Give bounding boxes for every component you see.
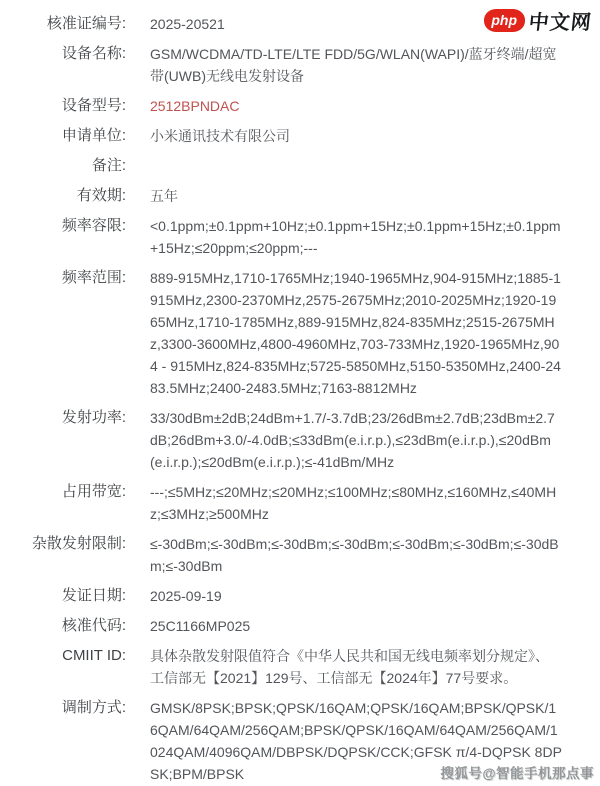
form-row-cmiit-id: CMIIT ID: 具体杂散发射限值符合《中华人民共和国无线电频率划分规定》、工… xyxy=(0,645,600,689)
form-row-remarks: 备注: xyxy=(0,155,600,177)
form-row-frequency-tolerance: 频率容限: <0.1ppm;±0.1ppm+10Hz;±0.1ppm+15Hz;… xyxy=(0,215,600,259)
field-value xyxy=(150,155,562,177)
form-row-issue-date: 发证日期: 2025-09-19 xyxy=(0,585,600,607)
field-value: 具体杂散发射限值符合《中华人民共和国无线电频率划分规定》、工信部无【2021】1… xyxy=(150,645,562,689)
field-value: 2512BPNDAC xyxy=(150,95,562,117)
field-label: 设备名称: xyxy=(0,43,126,65)
certificate-detail-form: 核准证编号: 2025-20521 设备名称: GSM/WCDMA/TD-LTE… xyxy=(0,0,600,785)
form-row-spurious-emission-limit: 杂散发射限制: ≤-30dBm;≤-30dBm;≤-30dBm;≤-30dBm;… xyxy=(0,533,600,577)
field-label: 频率容限: xyxy=(0,215,126,237)
site-watermark-label: 中文网 xyxy=(527,6,593,35)
form-row-transmit-power: 发射功率: 33/30dBm±2dB;24dBm+1.7/-3.7dB;23/2… xyxy=(0,407,600,473)
field-label: 发证日期: xyxy=(0,585,126,607)
field-label: 频率范围: xyxy=(0,267,126,289)
form-row-device-name: 设备名称: GSM/WCDMA/TD-LTE/LTE FDD/5G/WLAN(W… xyxy=(0,43,600,87)
field-label: 杂散发射限制: xyxy=(0,533,126,555)
field-value: 2025-09-19 xyxy=(150,585,562,607)
field-label: 核准证编号: xyxy=(0,13,126,35)
field-value: <0.1ppm;±0.1ppm+10Hz;±0.1ppm+15Hz;±0.1pp… xyxy=(150,215,562,259)
field-value: 小米通讯技术有限公司 xyxy=(150,125,562,147)
field-label: 占用带宽: xyxy=(0,481,126,503)
field-label: 设备型号: xyxy=(0,95,126,117)
form-row-frequency-range: 频率范围: 889-915MHz,1710-1765MHz;1940-1965M… xyxy=(0,267,600,399)
field-label: 备注: xyxy=(0,155,126,177)
field-label: 调制方式: xyxy=(0,697,126,719)
form-row-applicant: 申请单位: 小米通讯技术有限公司 xyxy=(0,125,600,147)
form-row-validity-period: 有效期: 五年 xyxy=(0,185,600,207)
site-watermark: php 中文网 xyxy=(484,6,592,35)
field-value: 五年 xyxy=(150,185,562,207)
field-label: 发射功率: xyxy=(0,407,126,429)
field-label: 核准代码: xyxy=(0,615,126,637)
php-logo-icon: php xyxy=(484,9,525,32)
field-value: 889-915MHz,1710-1765MHz;1940-1965MHz,904… xyxy=(150,267,562,399)
form-row-device-model: 设备型号: 2512BPNDAC xyxy=(0,95,600,117)
field-value: 33/30dBm±2dB;24dBm+1.7/-3.7dB;23/26dBm±2… xyxy=(150,407,562,473)
field-label: 有效期: xyxy=(0,185,126,207)
form-row-occupied-bandwidth: 占用带宽: ---;≤5MHz;≤20MHz;≤20MHz;≤100MHz;≤8… xyxy=(0,481,600,525)
field-value: GSM/WCDMA/TD-LTE/LTE FDD/5G/WLAN(WAPI)/蓝… xyxy=(150,43,562,87)
field-label: 申请单位: xyxy=(0,125,126,147)
field-label: CMIIT ID: xyxy=(0,645,126,667)
author-watermark: 搜狐号@智能手机那点事 xyxy=(440,762,594,782)
field-value: ---;≤5MHz;≤20MHz;≤20MHz;≤100MHz;≤80MHz,≤… xyxy=(150,481,562,525)
field-value: 25C1166MP025 xyxy=(150,615,562,637)
form-row-approval-code: 核准代码: 25C1166MP025 xyxy=(0,615,600,637)
field-value: ≤-30dBm;≤-30dBm;≤-30dBm;≤-30dBm;≤-30dBm;… xyxy=(150,533,562,577)
